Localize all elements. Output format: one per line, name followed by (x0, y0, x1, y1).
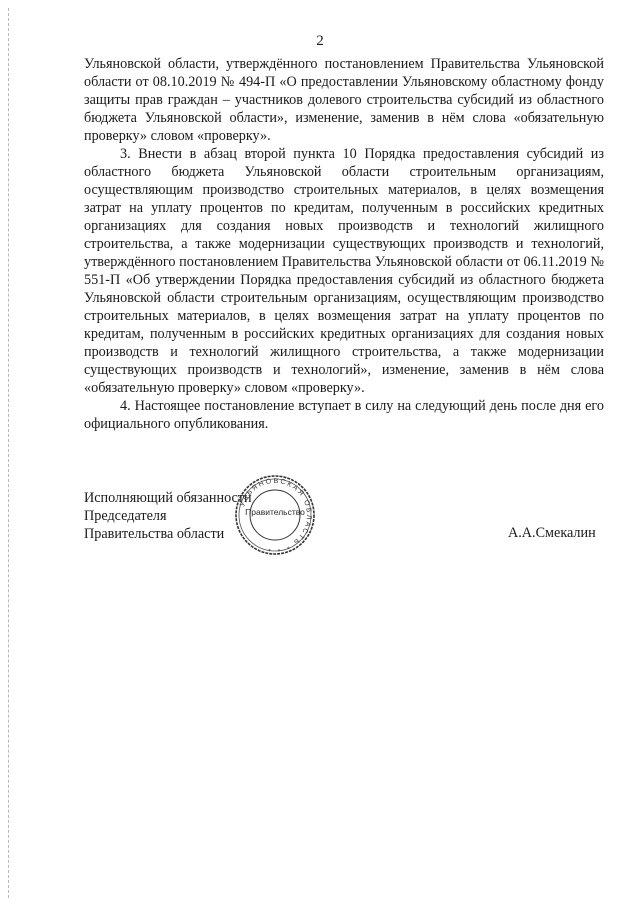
stamp-center-text: Правительство (234, 507, 316, 517)
signatory-title-line: Председателя (84, 507, 252, 525)
signatory-title-line: Исполняющий обязанности (84, 489, 252, 507)
paragraph-clause-3: 3. Внести в абзац второй пункта 10 Поряд… (84, 145, 604, 397)
signatory-name: А.А.Смекалин (508, 525, 596, 542)
document-body: Ульяновской области, утверждённого поста… (84, 55, 604, 433)
page-number: 2 (0, 33, 640, 50)
paragraph-continuation: Ульяновской области, утверждённого поста… (84, 55, 604, 145)
official-stamp: УЛЬЯНОВСКАЯ ОБЛАСТЬ * * * Правительство (234, 474, 316, 556)
signatory-title: Исполняющий обязанности Председателя Пра… (84, 489, 252, 543)
paragraph-clause-4: 4. Настоящее постановление вступает в си… (84, 397, 604, 433)
scan-edge-artifact (8, 8, 9, 898)
signatory-title-line: Правительства области (84, 525, 252, 543)
